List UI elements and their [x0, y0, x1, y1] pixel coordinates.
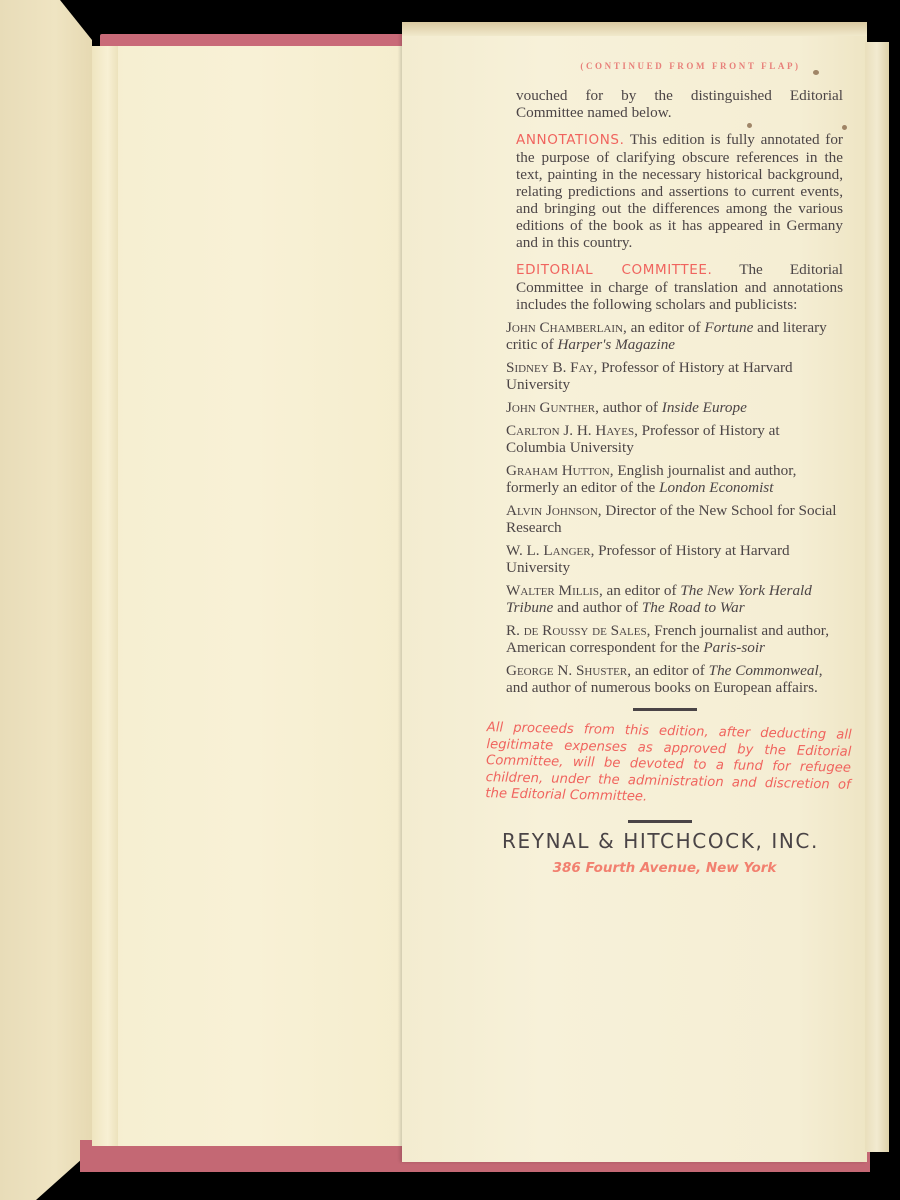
intro-text: vouched for by the distinguished Editori… [516, 87, 843, 121]
divider-rule [628, 820, 692, 823]
book-hinge [92, 46, 118, 1146]
annotations-text: This edition is fully annotated for the … [516, 131, 843, 251]
committee-member: George N. Shuster, an editor of The Comm… [506, 662, 843, 696]
annotations-heading: ANNOTATIONS. [516, 132, 624, 148]
continued-label: (CONTINUED FROM FRONT FLAP) [538, 58, 843, 75]
editorial-committee-heading: EDITORIAL COMMITTEE. [516, 262, 712, 278]
committee-member: Sidney B. Fay, Professor of History at H… [506, 359, 843, 393]
divider-rule [633, 708, 697, 711]
publisher-name: REYNAL & HITCHCOCK, INC. [478, 833, 843, 850]
proceeds-notice: All proceeds from this edition, after de… [485, 720, 852, 810]
committee-member: W. L. Langer, Professor of History at Ha… [506, 542, 843, 576]
left-book-board [0, 0, 92, 1200]
flap-fold-edge [865, 42, 889, 1152]
committee-member: Carlton J. H. Hayes, Professor of Histor… [506, 422, 843, 456]
committee-member: R. de Roussy de Sales, French journalist… [506, 622, 843, 656]
publisher-address: 386 Fourth Avenue, New York [486, 860, 843, 877]
committee-member: Graham Hutton, English journalist and au… [506, 462, 843, 496]
flap-text: (CONTINUED FROM FRONT FLAP) vouched for … [498, 58, 843, 877]
editorial-committee-section: EDITORIAL COMMITTEE. The Editorial Commi… [516, 261, 843, 313]
committee-member: Walter Millis, an editor of The New York… [506, 582, 843, 616]
committee-member: John Chamberlain, an editor of Fortune a… [506, 319, 843, 353]
flap-top-wear [402, 22, 867, 36]
committee-member-list: John Chamberlain, an editor of Fortune a… [498, 319, 843, 696]
endpaper [92, 46, 404, 1146]
committee-member: John Gunther, author of Inside Europe [506, 399, 843, 416]
annotations-section: ANNOTATIONS. This edition is fully annot… [516, 131, 843, 251]
committee-member: Alvin Johnson, Director of the New Schoo… [506, 502, 843, 536]
